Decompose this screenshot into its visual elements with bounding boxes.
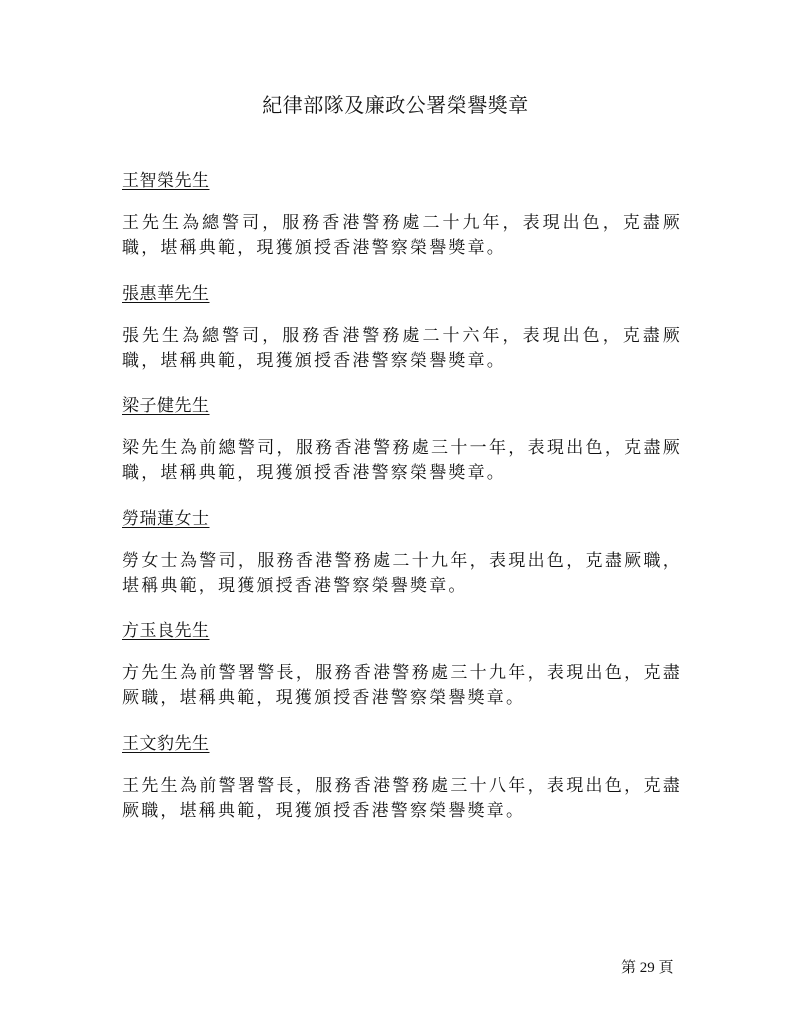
recipient-description: 王先生為總警司，服務香港警務處二十九年，表現出色，克盡厥職，堪稱典範，現獲頒授香… xyxy=(122,211,682,261)
page-number: 第 29 頁 xyxy=(621,958,674,978)
recipient-description: 勞女士為警司，服務香港警務處二十九年，表現出色，克盡厥職，堪稱典範，現獲頒授香港… xyxy=(122,549,682,599)
recipient-name: 王文豹先生 xyxy=(122,733,210,755)
page-title: 紀律部隊及廉政公署榮譽獎章 xyxy=(0,92,791,118)
recipient-name: 王智榮先生 xyxy=(122,170,210,192)
recipient-name: 張惠華先生 xyxy=(122,283,210,305)
award-entry: 王文豹先生 王先生為前警署警長，服務香港警務處三十八年，表現出色，克盡厥職，堪稱… xyxy=(122,733,682,824)
recipient-name: 勞瑞蓮女士 xyxy=(122,508,210,530)
recipient-description: 方先生為前警署警長，服務香港警務處三十九年，表現出色，克盡厥職，堪稱典範，現獲頒… xyxy=(122,661,682,711)
recipient-description: 梁先生為前總警司，服務香港警務處三十一年，表現出色，克盡厥職，堪稱典範，現獲頒授… xyxy=(122,436,682,486)
award-entry: 梁子健先生 梁先生為前總警司，服務香港警務處三十一年，表現出色，克盡厥職，堪稱典… xyxy=(122,395,682,486)
recipient-name: 梁子健先生 xyxy=(122,395,210,417)
award-entry: 方玉良先生 方先生為前警署警長，服務香港警務處三十九年，表現出色，克盡厥職，堪稱… xyxy=(122,620,682,711)
recipient-name: 方玉良先生 xyxy=(122,620,210,642)
award-entry: 王智榮先生 王先生為總警司，服務香港警務處二十九年，表現出色，克盡厥職，堪稱典範… xyxy=(122,170,682,261)
recipient-description: 張先生為總警司，服務香港警務處二十六年，表現出色，克盡厥職，堪稱典範，現獲頒授香… xyxy=(122,324,682,374)
award-entry: 張惠華先生 張先生為總警司，服務香港警務處二十六年，表現出色，克盡厥職，堪稱典範… xyxy=(122,283,682,374)
recipient-description: 王先生為前警署警長，服務香港警務處三十八年，表現出色，克盡厥職，堪稱典範，現獲頒… xyxy=(122,774,682,824)
award-entry: 勞瑞蓮女士 勞女士為警司，服務香港警務處二十九年，表現出色，克盡厥職，堪稱典範，… xyxy=(122,508,682,599)
